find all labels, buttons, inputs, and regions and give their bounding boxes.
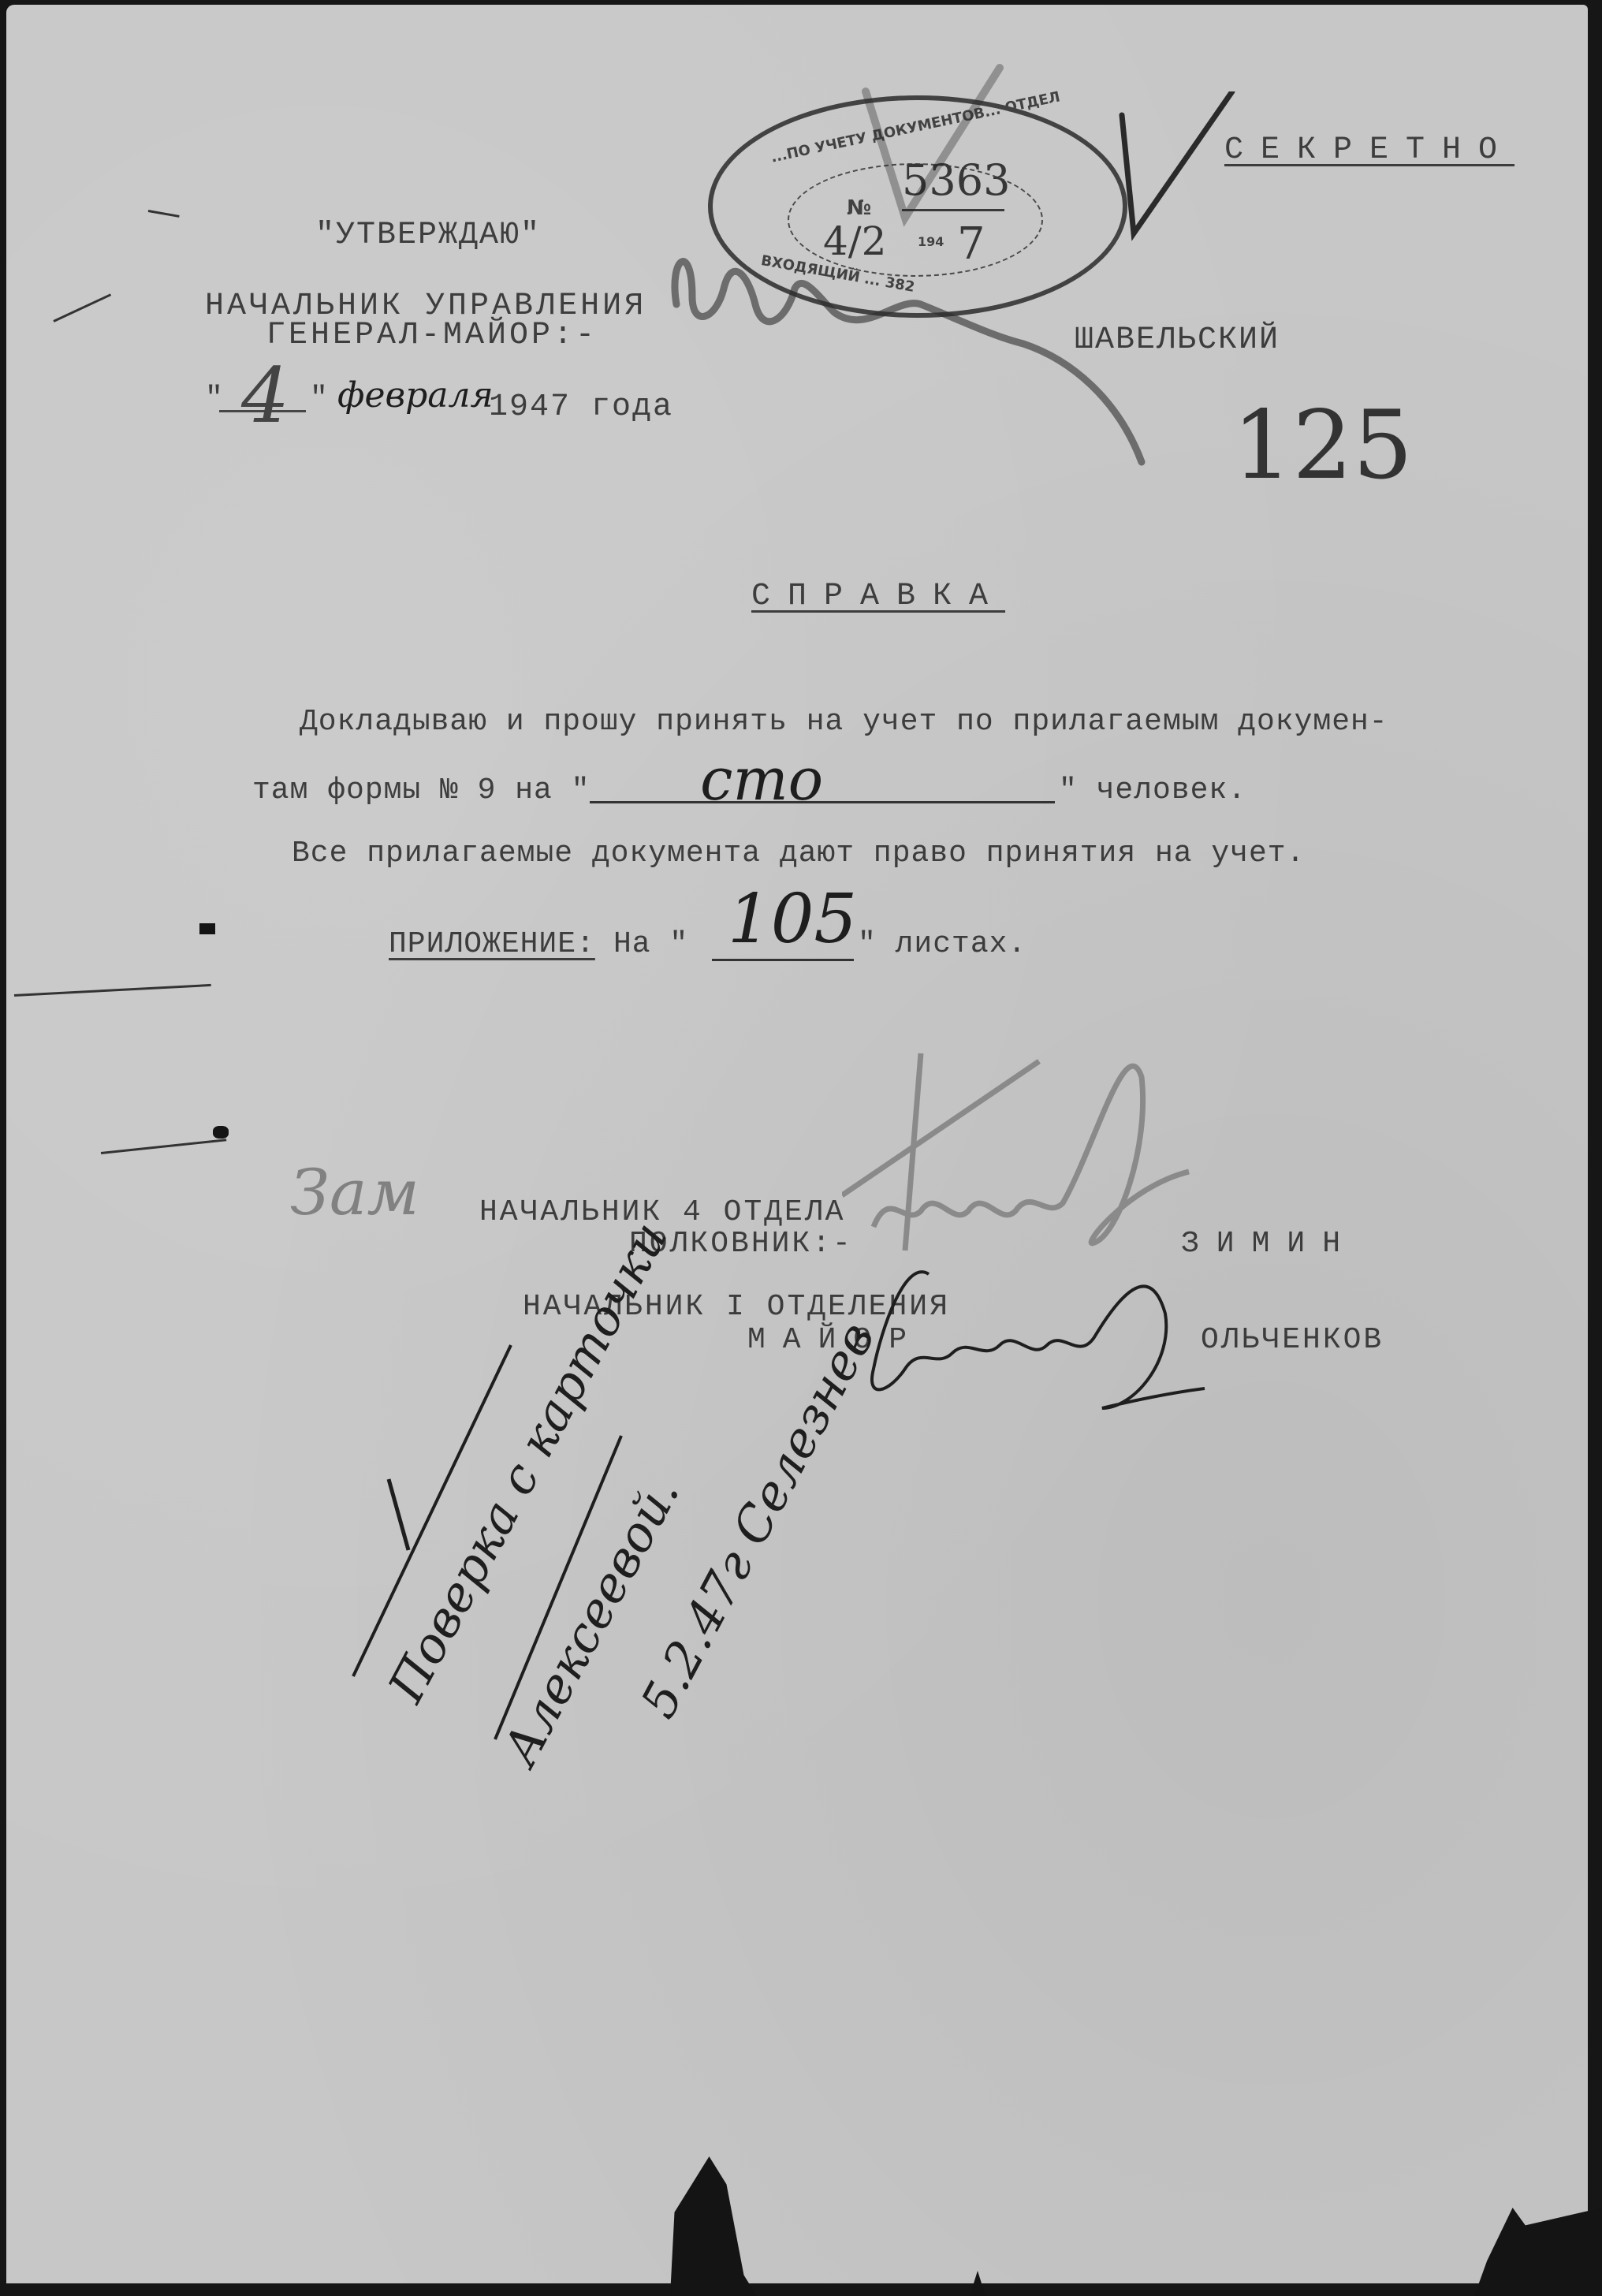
document-title: СПРАВКА bbox=[751, 579, 1005, 614]
stamp-number-underline bbox=[902, 209, 1004, 211]
paper-hole bbox=[213, 1126, 229, 1139]
date-year: 1947 года bbox=[489, 389, 673, 425]
approval-position-line2: ГЕНЕРАЛ-МАЙОР:- bbox=[266, 318, 598, 353]
date-day-handwritten: 4 bbox=[241, 352, 289, 440]
stamp-year-printed: 194 bbox=[918, 234, 944, 249]
registration-stamp: ...ПО УЧЕТУ ДОКУМЕНТОВ... ОТДЕЛ ВХОДЯЩИЙ… bbox=[708, 95, 1127, 318]
paper-hole bbox=[199, 923, 215, 934]
paper-crack bbox=[14, 984, 211, 997]
stamp-year-handwritten: 7 bbox=[957, 218, 985, 270]
approval-heading: "УТВЕРЖДАЮ" bbox=[315, 218, 541, 253]
classification-label: СЕКРЕТНО bbox=[1224, 132, 1514, 168]
paper-crack bbox=[148, 210, 180, 218]
attachment-blank bbox=[712, 959, 854, 961]
stamp-ring-text-top: ...ПО УЧЕТУ ДОКУМЕНТОВ... ОТДЕЛ bbox=[769, 88, 1062, 166]
stamp-number-label: № bbox=[847, 196, 871, 220]
sheet-number-handwritten: 125 bbox=[1232, 391, 1413, 501]
check-mark-ink bbox=[1106, 91, 1248, 265]
body-line1: Докладываю и прошу принять на учет по пр… bbox=[300, 705, 1388, 739]
body-line3: Все прилагаемые документа дают право при… bbox=[292, 837, 1305, 870]
signature1-pencil-prefix: Зам bbox=[290, 1156, 419, 1229]
paper-crack bbox=[101, 1139, 226, 1154]
date-month-handwritten: февраля bbox=[337, 375, 494, 416]
signature1-pencil-signature bbox=[842, 1030, 1197, 1266]
paper-crack bbox=[53, 293, 111, 322]
body-line2-suffix: " человек. bbox=[1059, 773, 1246, 807]
stamp-date-handwritten: 4/2 bbox=[823, 218, 886, 264]
stamp-number-handwritten: 5363 bbox=[902, 155, 1010, 205]
document-page: СЕКРЕТНО "УТВЕРЖДАЮ" НАЧАЛЬНИК УПРАВЛЕНИ… bbox=[6, 5, 1588, 2283]
date-quote-close: " bbox=[310, 382, 330, 416]
signature2-name: ОЛЬЧЕНКОВ bbox=[1201, 1323, 1384, 1357]
attachment-handwritten: 105 bbox=[728, 880, 857, 959]
body-line2-prefix: там формы № 9 на " bbox=[252, 773, 590, 807]
signature1-position-line1: НАЧАЛЬНИК 4 ОТДЕЛА bbox=[479, 1195, 845, 1229]
attachment-prefix: На " bbox=[613, 927, 688, 961]
attachment-suffix: " листах. bbox=[858, 927, 1026, 961]
body-line2-handwritten: сто bbox=[700, 746, 823, 814]
attachment-label: ПРИЛОЖЕНИЕ: bbox=[389, 927, 595, 961]
